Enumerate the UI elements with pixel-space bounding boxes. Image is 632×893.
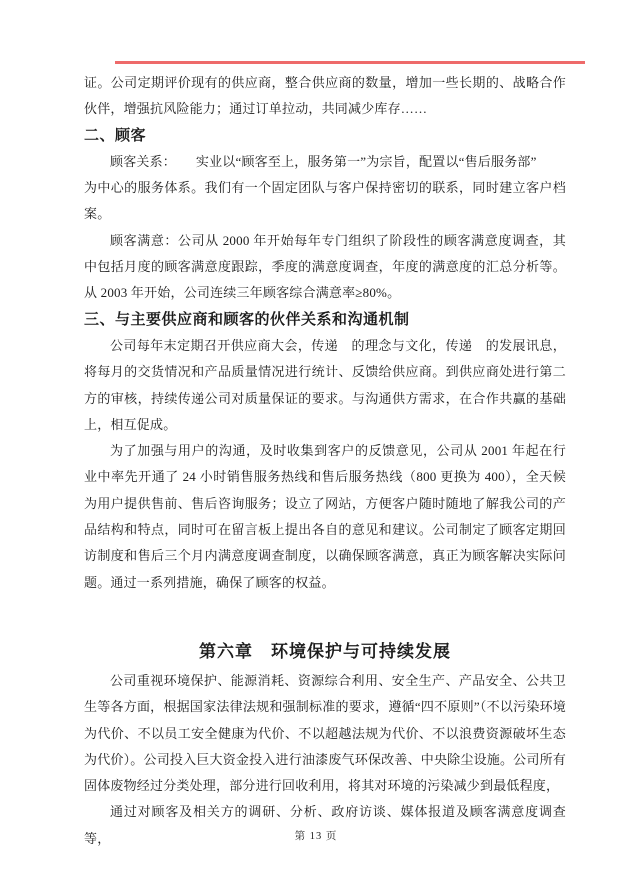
header-accent-line xyxy=(115,61,585,64)
paragraph-supplier-continuation: 证。公司定期评价现有的供应商，整合供应商的数量，增加一些长期的、战略合作伙伴，增… xyxy=(84,70,566,123)
paragraph-supplier-meeting: 公司每年末定期召开供应商大会，传递 的理念与文化，传递 的发展讯息，将每月的交货… xyxy=(84,333,566,438)
paragraph-customer-relation: 顾客关系： 实业以“顾客至上，服务第一”为宗旨，配置以“售后服务部” 为中心的服… xyxy=(84,149,566,228)
paragraph-user-communication: 为了加强与用户的沟通，及时收集到客户的反馈意见，公司从 2001 年起在行业中率… xyxy=(84,438,566,596)
section-heading-partnership: 三、与主要供应商和顾客的伙伴关系和沟通机制 xyxy=(84,307,566,333)
paragraph-environment: 公司重视环境保护、能源消耗、资源综合利用、安全生产、产品安全、公共卫生等各方面，… xyxy=(84,668,566,799)
page-number: 第 13 页 xyxy=(0,828,632,843)
chapter-title-environment: 第六章 环境保护与可持续发展 xyxy=(84,638,566,666)
paragraph-customer-satisfaction: 顾客满意：公司从 2000 年开始每年专门组织了阶段性的顾客满意度调查，其中包括… xyxy=(84,228,566,307)
page-body: 证。公司定期评价现有的供应商，整合供应商的数量，增加一些长期的、战略合作伙伴，增… xyxy=(84,70,566,852)
section-heading-customers: 二、顾客 xyxy=(84,123,566,149)
paragraph-research: 通过对顾客及相关方的调研、分析、政府访谈、媒体报道及顾客满意度调查等， xyxy=(84,799,566,852)
document-page: 证。公司定期评价现有的供应商，整合供应商的数量，增加一些长期的、战略合作伙伴，增… xyxy=(0,0,632,893)
